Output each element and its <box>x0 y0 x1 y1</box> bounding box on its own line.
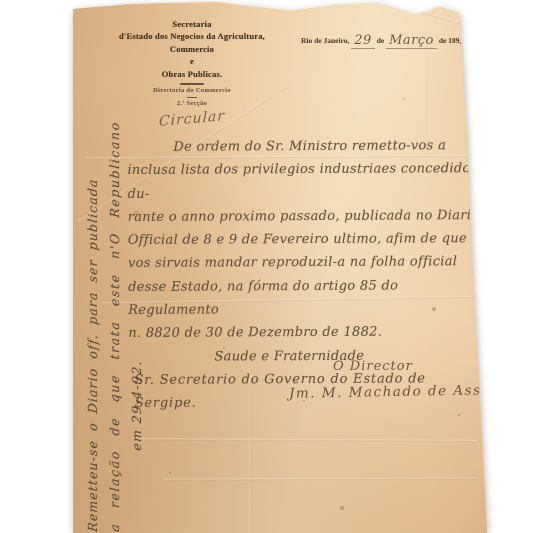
letterhead-directorate: Directoria do Commercio <box>91 87 293 95</box>
letterhead-divider <box>187 97 197 98</box>
date-city-printed: Rio de Janeiro, <box>301 36 349 45</box>
date-month-handwritten: Março <box>386 33 437 49</box>
letterhead-line: e <box>91 55 293 67</box>
body-line: desse Estado, na fórma do artigo 85 do R… <box>128 274 483 322</box>
letter-paper: Secretaria d'Estado dos Negocios da Agri… <box>73 2 487 533</box>
body-line: inclusa lista dos privilegios industriae… <box>127 157 482 205</box>
signature-title: O Director <box>333 359 413 374</box>
letterhead: Secretaria d'Estado dos Negocios da Agri… <box>91 18 293 127</box>
fold-crease <box>163 477 478 480</box>
letterhead-line: Secretaria <box>91 18 293 30</box>
fold-crease <box>404 6 474 28</box>
body-line: Official de 8 e 9 de Fevereiro ultimo, a… <box>128 227 483 252</box>
letter-body: De ordem do Sr. Ministro remetto-vos a i… <box>127 134 483 415</box>
margin-note-line-3: em 29-4-92. <box>129 359 144 451</box>
scanned-letter-photo: Secretaria d'Estado dos Negocios da Agri… <box>0 0 533 533</box>
date-day-handwritten: 29 <box>351 33 375 49</box>
body-line: n. 8820 de 30 de Dezembro de 1882. <box>128 320 483 345</box>
body-line: rante o anno proximo passado, publicada … <box>128 204 483 229</box>
paper-shadow-wrap: Secretaria d'Estado dos Negocios da Agri… <box>73 2 487 533</box>
letterhead-line: Obras Publicas. <box>91 68 293 80</box>
margin-note-line-1: Remetteu-se o Diario off. para ser publi… <box>85 178 100 533</box>
date-year-printed: de 189 <box>439 36 460 45</box>
dateline: Rio de Janeiro, 29 de Março de 1892 <box>301 32 468 47</box>
margin-note-line-2: a relação de que trata este n'O Republic… <box>107 121 122 533</box>
foxing-spots <box>73 2 75 4</box>
letterhead-line: Commercio <box>91 43 293 55</box>
fold-crease <box>133 438 478 442</box>
date-year-handwritten: 2 <box>459 33 468 48</box>
letterhead-line: d'Estado dos Negocios da Agricultura, <box>91 30 293 42</box>
date-de-printed: de <box>377 36 385 45</box>
body-line: vos sirvais mandar reproduzil-a na folha… <box>128 251 483 276</box>
letterhead-rule <box>180 83 204 85</box>
body-line: De ordem do Sr. Ministro remetto-vos a <box>127 134 482 159</box>
